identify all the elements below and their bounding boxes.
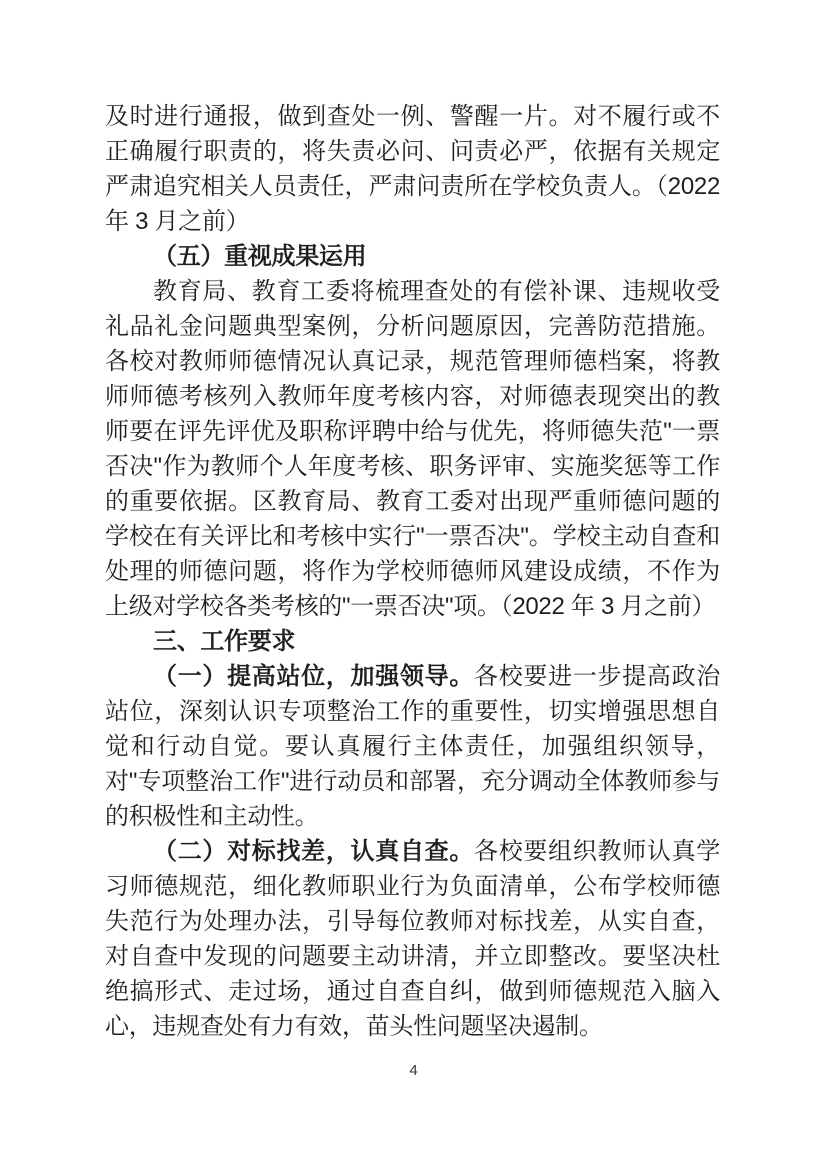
paragraph-continuation: 及时进行通报，做到查处一例、警醒一片。对不履行或不正确履行职责的，将失责必问、问…: [105, 99, 720, 239]
document-page: 及时进行通报，做到查处一例、警醒一片。对不履行或不正确履行职责的，将失责必问、问…: [0, 0, 827, 1170]
paragraph-lead-bold: （一）提高站位，加强领导。: [153, 663, 474, 690]
paragraph-results-application: 教育局、教育工委将梳理查处的有偿补课、违规收受礼品礼金问题典型案例，分析问题原因…: [105, 274, 720, 624]
paragraph-text: 各校要组织教师认真学习师德规范，细化教师职业行为负面清单，公布学校师德失范行为处…: [105, 838, 720, 1040]
paragraph-lead-bold: （二）对标找差，认真自查。: [153, 838, 474, 865]
sub-heading-section-5: （五）重视成果运用: [105, 239, 720, 274]
paragraph-item-1: （一）提高站位，加强领导。各校要进一步提高政治站位，深刻认识专项整治工作的重要性…: [105, 659, 720, 834]
page-number: 4: [0, 1062, 827, 1079]
document-body: 及时进行通报，做到查处一例、警醒一片。对不履行或不正确履行职责的，将失责必问、问…: [105, 99, 720, 1044]
paragraph-item-2: （二）对标找差，认真自查。各校要组织教师认真学习师德规范，细化教师职业行为负面清…: [105, 834, 720, 1044]
section-heading-work-requirements: 三、工作要求: [105, 624, 720, 659]
